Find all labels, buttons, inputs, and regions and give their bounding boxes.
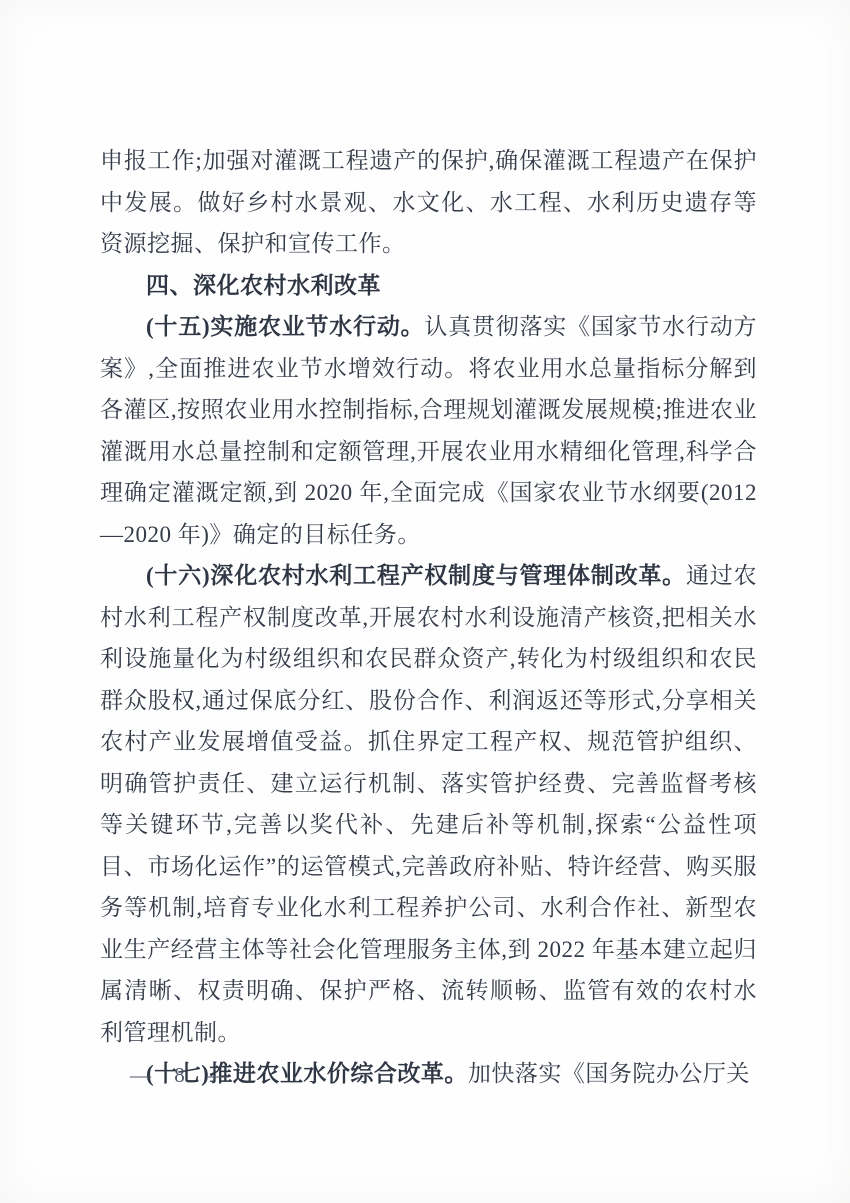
paragraph-16-lead: (十六)深化农村水利工程产权制度与管理体制改革。 [146,563,686,588]
paragraph-continued-text: 申报工作;加强对灌溉工程遗产的保护,确保灌溉工程遗产在保护中发展。做好乡村水景观… [100,148,757,256]
section-heading: 四、深化农村水利改革 [100,265,757,307]
paragraph-16-text: 通过农村水利工程产权制度改革,开展农村水利设施清产核资,把相关水利设施量化为村级… [100,563,757,1045]
page-number: — 8 — [130,1063,238,1088]
paragraph-17-text: 加快落实《国务院办公厅关 [468,1061,750,1086]
paragraph-16: (十六)深化农村水利工程产权制度与管理体制改革。通过农村水利工程产权制度改革,开… [100,555,757,1053]
paragraph-15: (十五)实施农业节水行动。认真贯彻落实《国家节水行动方案》,全面推进农业节水增效… [100,306,757,555]
paragraph-15-lead: (十五)实施农业节水行动。 [146,314,424,339]
paragraph-continued: 申报工作;加强对灌溉工程遗产的保护,确保灌溉工程遗产在保护中发展。做好乡村水景观… [100,140,757,265]
page-body-text: 申报工作;加强对灌溉工程遗产的保护,确保灌溉工程遗产在保护中发展。做好乡村水景观… [100,140,757,1095]
paragraph-15-text: 认真贯彻落实《国家节水行动方案》,全面推进农业节水增效行动。将农业用水总量指标分… [100,314,757,547]
document-page: 申报工作;加强对灌溉工程遗产的保护,确保灌溉工程遗产在保护中发展。做好乡村水景观… [0,0,850,1203]
